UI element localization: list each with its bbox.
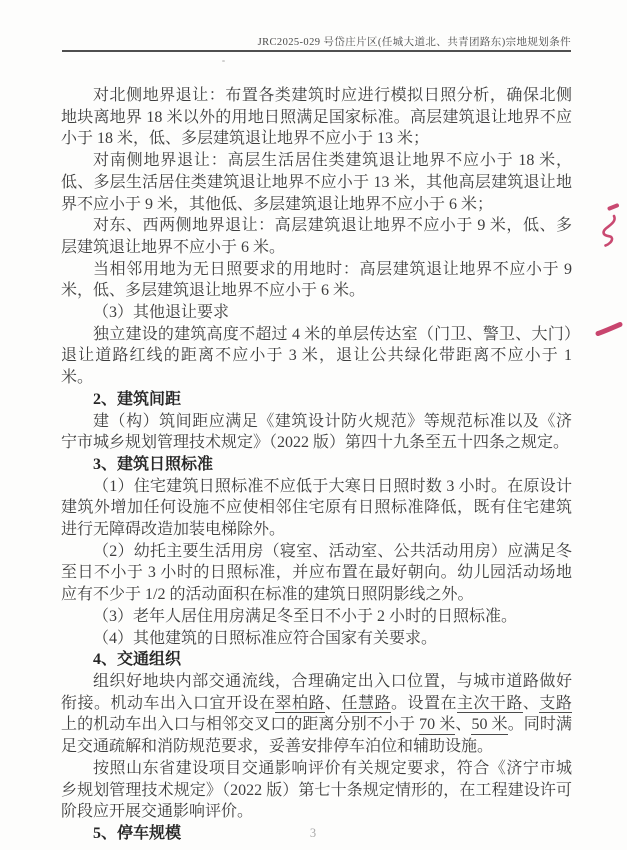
text-run: （2）幼托主要生活用房（寝室、活动室、公共活动用房）应满足冬至日不小于 3 小时… bbox=[61, 543, 572, 603]
text-run: 4、交通组织 bbox=[93, 651, 181, 668]
text-run: 对东、西两侧地界退让：高层建筑退让地界不应小于 9 米，低、多层建筑退让地界不应… bbox=[61, 217, 572, 256]
paragraph: （1）住宅建筑日照标准不应低于大寒日日照时数 3 小时。在原设计建筑外增加任何设… bbox=[61, 476, 572, 541]
header-rule bbox=[62, 50, 571, 52]
paragraph: （3）其他退让要求 bbox=[61, 302, 572, 324]
running-header: JRC2025-029 号岱庄片区(任城大道北、共青团路东)宗地规划条件 bbox=[258, 34, 571, 49]
page-number: 3 bbox=[0, 826, 627, 841]
text-run: 对北侧地界退让：布置各类建筑时应进行模拟日照分析，确保北侧地块离地界 18 米以… bbox=[61, 87, 572, 147]
text-run: 当相邻用地为无日照要求的用地时：高层建筑退让地界不应小于 9 米，低、多层建筑退… bbox=[61, 261, 572, 300]
paragraph: 组织好地块内部交通流线，合理确定出入口位置，与城市道路做好衔接。机动车出入口宜开… bbox=[61, 671, 572, 758]
text-run: 3、建筑日照标准 bbox=[93, 456, 213, 473]
underlined-text: 支路 bbox=[539, 695, 572, 714]
section-heading: 4、交通组织 bbox=[61, 649, 572, 671]
paragraph: （3）老年人居住用房满足冬至日不小于 2 小时的日照标准。 bbox=[61, 606, 572, 628]
paragraph: 对北侧地界退让：布置各类建筑时应进行模拟日照分析，确保北侧地块离地界 18 米以… bbox=[61, 85, 572, 150]
text-run: 上的机动车出入口与相邻交叉口的距离分别不小于 bbox=[61, 716, 419, 733]
section-heading: 2、建筑间距 bbox=[61, 389, 572, 411]
text-run: 2、建筑间距 bbox=[93, 391, 181, 408]
scanned-document-page: JRC2025-029 号岱庄片区(任城大道北、共青团路东)宗地规划条件 对北侧… bbox=[0, 0, 627, 850]
text-run: （4）其他建筑的日照标准应符合国家有关要求。 bbox=[93, 630, 437, 647]
text-run: （1）住宅建筑日照标准不应低于大寒日日照时数 3 小时。在原设计建筑外增加任何设… bbox=[61, 478, 572, 538]
paragraph: （2）幼托主要生活用房（寝室、活动室、公共活动用房）应满足冬至日不小于 3 小时… bbox=[61, 541, 572, 606]
document-body: 对北侧地界退让：布置各类建筑时应进行模拟日照分析，确保北侧地块离地界 18 米以… bbox=[61, 85, 572, 845]
paragraph: 对东、西两侧地界退让：高层建筑退让地界不应小于 9 米，低、多层建筑退让地界不应… bbox=[61, 215, 572, 258]
underlined-text: 翠柏路 bbox=[275, 695, 325, 714]
underlined-text: 50 米 bbox=[471, 716, 507, 735]
red-dash-annotation bbox=[594, 318, 624, 338]
underlined-text: 70 米 bbox=[419, 716, 455, 735]
red-squiggle-annotation bbox=[596, 202, 622, 250]
text-run: 、 bbox=[325, 695, 342, 712]
paragraph: 对南侧地界退让：高层生活居住类建筑退让地界不应小于 18 米，低、多层生活居住类… bbox=[61, 150, 572, 215]
text-run: 对南侧地界退让：高层生活居住类建筑退让地界不应小于 18 米，低、多层生活居住类… bbox=[61, 152, 572, 212]
underlined-text: 主次干路 bbox=[457, 695, 523, 714]
paragraph: 独立建设的建筑高度不超过 4 米的单层传达室（门卫、警卫、大门）退让道路红线的距… bbox=[61, 324, 572, 389]
section-heading: 3、建筑日照标准 bbox=[61, 454, 572, 476]
text-run: 独立建设的建筑高度不超过 4 米的单层传达室（门卫、警卫、大门）退让道路红线的距… bbox=[61, 326, 572, 386]
text-run: （3）老年人居住用房满足冬至日不小于 2 小时的日照标准。 bbox=[93, 608, 517, 625]
text-run: （3）其他退让要求 bbox=[93, 304, 229, 321]
paragraph: 建（构）筑间距应满足《建筑设计防火规范》等规范标准以及《济宁市城乡规划管理技术规… bbox=[61, 411, 572, 454]
text-run: 、 bbox=[523, 695, 540, 712]
text-run: 、 bbox=[455, 716, 471, 733]
paragraph: 按照山东省建设项目交通影响评价有关规定要求，符合《济宁市城乡规划管理技术规定》（… bbox=[61, 758, 572, 823]
paragraph: 当相邻用地为无日照要求的用地时：高层建筑退让地界不应小于 9 米，低、多层建筑退… bbox=[61, 259, 572, 302]
paragraph: （4）其他建筑的日照标准应符合国家有关要求。 bbox=[61, 628, 572, 650]
text-run: 按照山东省建设项目交通影响评价有关规定要求，符合《济宁市城乡规划管理技术规定》（… bbox=[61, 760, 572, 820]
scan-speck bbox=[222, 60, 225, 62]
underlined-text: 任慧路 bbox=[341, 695, 391, 714]
text-run: 建（构）筑间距应满足《建筑设计防火规范》等规范标准以及《济宁市城乡规划管理技术规… bbox=[61, 413, 572, 452]
text-run: 。设置在 bbox=[391, 695, 457, 712]
